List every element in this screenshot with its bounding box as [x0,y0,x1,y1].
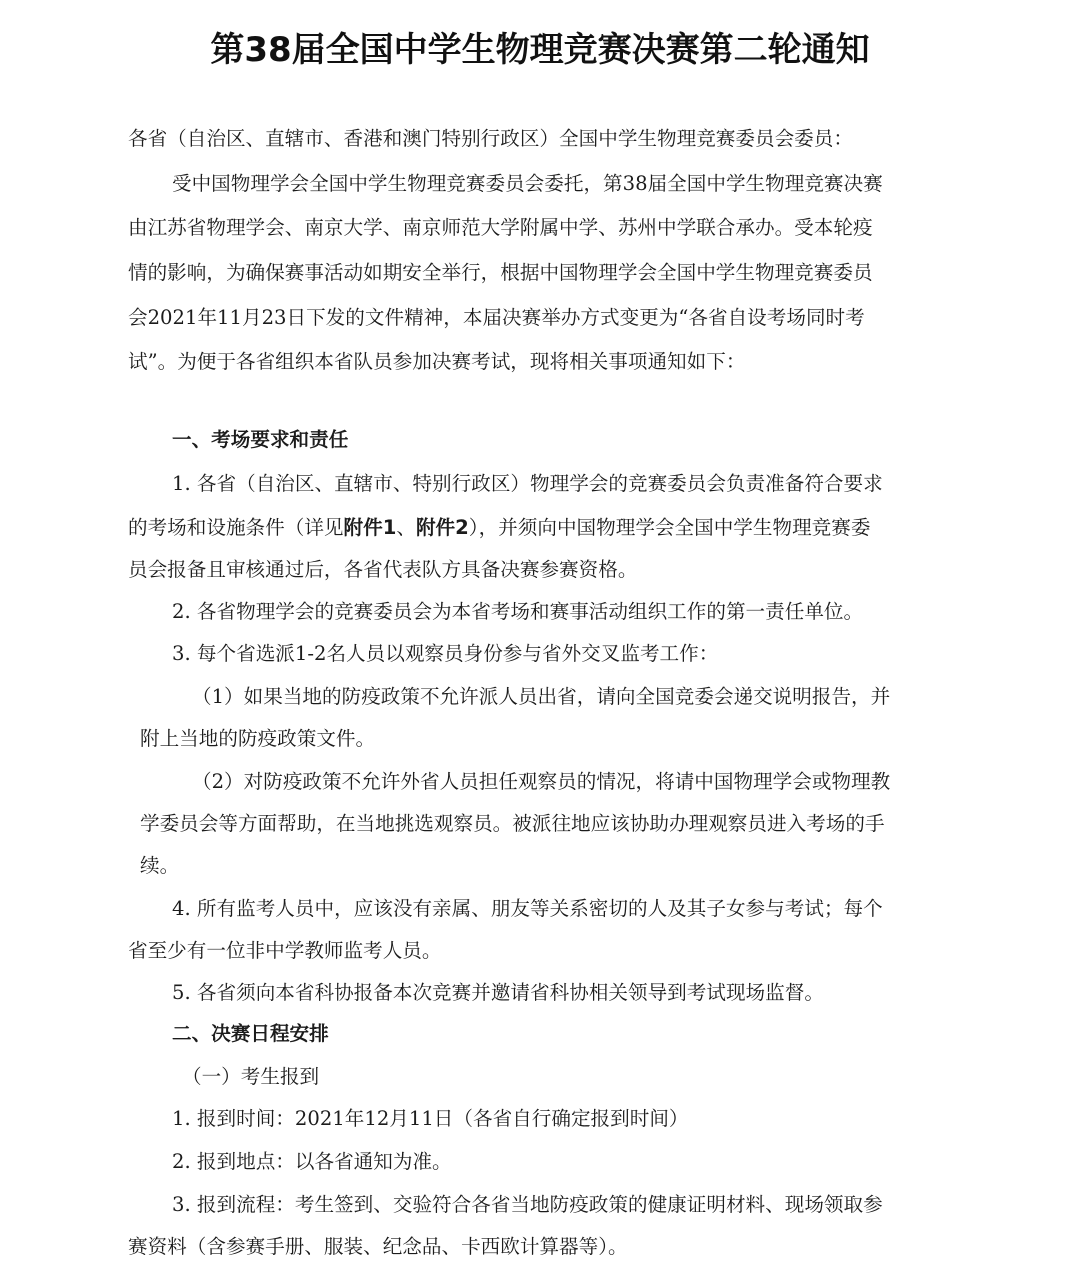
section2-item3-line1: 3. 报到流程：考生签到、交验符合各省当地防疫政策的健康证明材料、现场领取参 [172,1193,883,1217]
section1-item2: 2. 各省物理学会的竞赛委员会为本省考场和赛事活动组织工作的第一责任单位。 [172,600,863,624]
section1-item4-line1: 4. 所有监考人员中，应该没有亲属、朋友等关系密切的人及其子女参与考试；每个 [172,897,883,921]
section1-item1-line2: 的考场和设施条件（详见附件1、附件2），并须向中国物理学会全国中学生物理竞赛委 [128,516,870,540]
section1-sub2-line3: 续。 [140,854,179,878]
attachment-1-link[interactable]: 附件1 [344,516,397,539]
section2-item1: 1. 报到时间：2021年12月11日（各省自行确定报到时间） [172,1107,689,1131]
item1-line2-suffix: ），并须向中国物理学会全国中学生物理竞赛委 [469,516,871,539]
section-heading-exam-venue: 一、考场要求和责任 [172,428,348,452]
section1-sub1-line1: （1）如果当地的防疫政策不允许派人员出省，请向全国竞委会递交说明报告，并 [192,685,890,709]
section2-item3-line2: 赛资料（含参赛手册、服装、纪念品、卡西欧计算器等）。 [128,1235,628,1259]
section1-item1-line1: 1. 各省（自治区、直辖市、特别行政区）物理学会的竞赛委员会负责准备符合要求 [172,472,883,496]
intro-line: 情的影响，为确保赛事活动如期安全举行，根据中国物理学会全国中学生物理竞赛委员 [128,261,873,285]
intro-line: 受中国物理学会全国中学生物理竞赛委员会委托，第38届全国中学生物理竞赛决赛 [172,172,883,196]
intro-line: 由江苏省物理学会、南京大学、南京师范大学附属中学、苏州中学联合承办。受本轮疫 [128,216,873,240]
attachment-separator: 、 [396,516,416,539]
section2-item2: 2. 报到地点：以各省通知为准。 [172,1150,452,1174]
section2-subheading-registration: （一）考生报到 [182,1065,319,1089]
item1-line2-prefix: 的考场和设施条件（详见 [128,516,344,539]
section1-sub1-line2: 附上当地的防疫政策文件。 [140,727,375,751]
attachment-2-link[interactable]: 附件2 [416,516,469,539]
section1-sub2-line2: 学委员会等方面帮助，在当地挑选观察员。被派往地应该协助办理观察员进入考场的手 [140,812,885,836]
document-title: 第38届全国中学生物理竞赛决赛第二轮通知 [0,22,1080,71]
intro-line: 试”。为便于各省组织本省队员参加决赛考试，现将相关事项通知如下： [128,350,745,374]
document-page: 第38届全国中学生物理竞赛决赛第二轮通知 各省（自治区、直辖市、香港和澳门特别行… [0,0,1080,1288]
section1-item5: 5. 各省须向本省科协报备本次竞赛并邀请省科协相关领导到考试现场监督。 [172,981,824,1005]
section1-item3: 3. 每个省选派1-2名人员以观察员身份参与省外交叉监考工作： [172,642,718,666]
intro-line: 会2021年11月23日下发的文件精神，本届决赛举办方式变更为“各省自设考场同时… [128,306,865,330]
section1-item4-line2: 省至少有一位非中学教师监考人员。 [128,939,442,963]
section1-item1-line3: 员会报备且审核通过后，各省代表队方具备决赛参赛资格。 [128,558,637,582]
section-heading-schedule: 二、决赛日程安排 [172,1022,329,1046]
salutation: 各省（自治区、直辖市、香港和澳门特别行政区）全国中学生物理竞赛委员会委员： [128,127,853,151]
section1-sub2-line1: （2）对防疫政策不允许外省人员担任观察员的情况，将请中国物理学会或物理教 [192,770,890,794]
